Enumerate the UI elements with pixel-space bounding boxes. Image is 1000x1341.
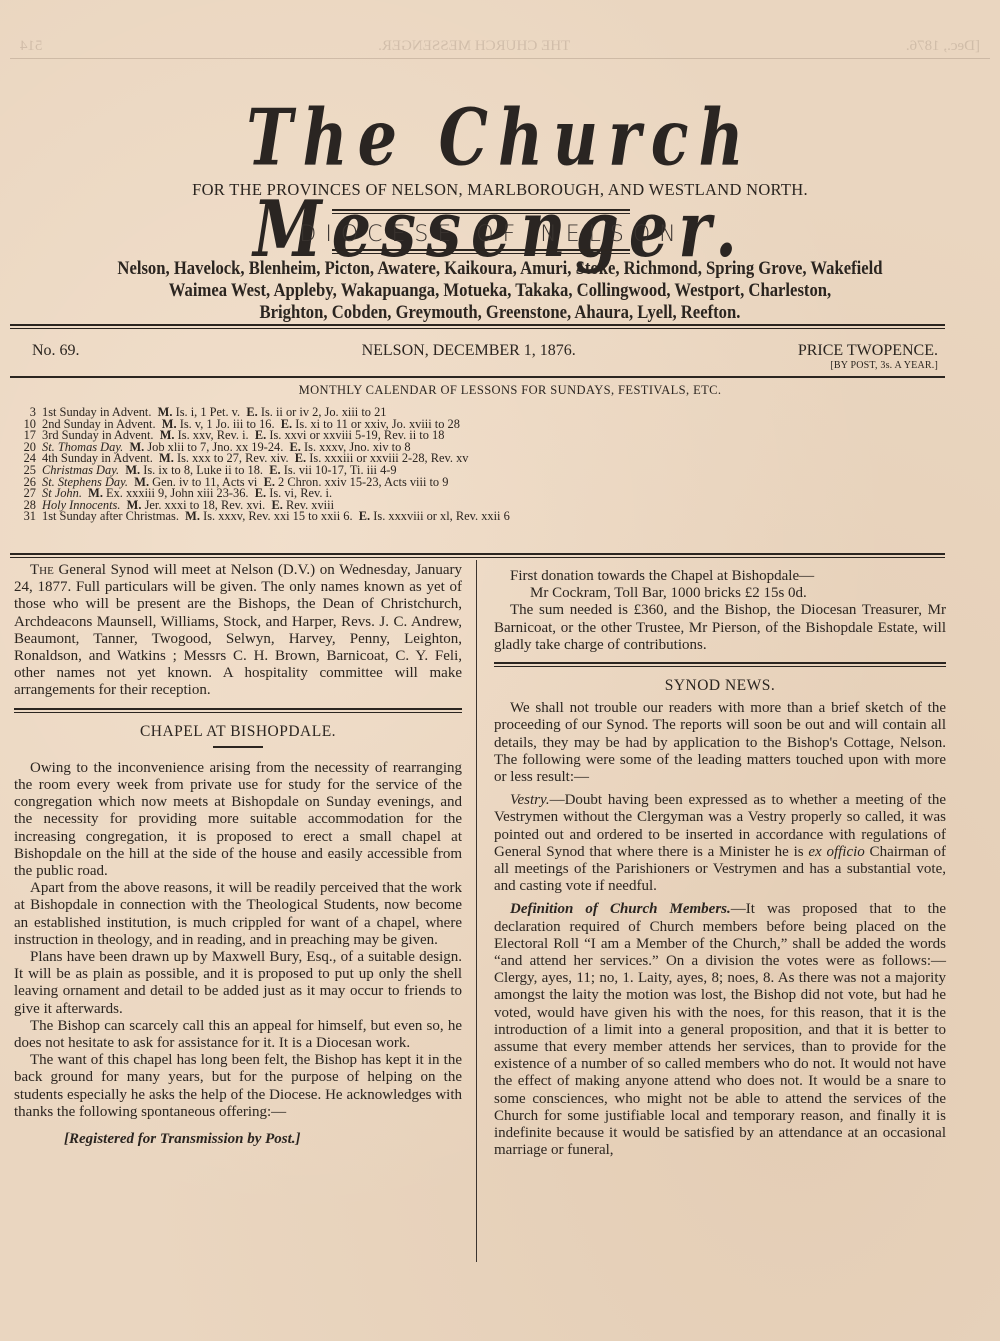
show-through-header: [Dec., 1876. THE CHURCH MESSENGER. 514 bbox=[0, 38, 1000, 55]
e-label: E. bbox=[359, 509, 370, 523]
price-block: PRICE TWOPENCE. [BY POST, 3s. A YEAR.] bbox=[798, 342, 938, 371]
definition-paragraph: Definition of Church Members.—It was pro… bbox=[494, 901, 946, 1159]
header-rule bbox=[10, 324, 945, 329]
places-line: Waimea West, Appleby, Wakapuanga, Motuek… bbox=[50, 280, 950, 302]
issue-info: No. 69. NELSON, DECEMBER 1, 1876. PRICE … bbox=[32, 342, 938, 371]
calendar-title: MONTHLY CALENDAR OF LESSONS FOR SUNDAYS,… bbox=[0, 383, 1000, 398]
chapel-paragraph: The want of this chapel has long been fe… bbox=[14, 1052, 462, 1121]
calendar-row: 311st Sunday after Christmas. M. Is. xxx… bbox=[18, 511, 938, 523]
dateline: NELSON, DECEMBER 1, 1876. bbox=[362, 342, 576, 371]
chapel-paragraph: Apart from the above reasons, it will be… bbox=[14, 880, 462, 949]
diocese-rule-bottom bbox=[332, 249, 630, 254]
cal-evening: Is. xxxviii or xl, Rev. xxii 6 bbox=[373, 509, 510, 523]
ghost-left: [Dec., 1876. bbox=[906, 38, 980, 55]
donation-intro: First donation towards the Chapel at Bis… bbox=[494, 568, 946, 585]
diocese-rule-top bbox=[332, 209, 630, 214]
cal-name: 1st Sunday after Christmas. bbox=[42, 509, 179, 523]
m-label: M. bbox=[185, 509, 200, 523]
cal-morning: Is. xxxv, Rev. xxi 15 to xxii 6. bbox=[203, 509, 353, 523]
ex-officio: ex officio bbox=[808, 844, 864, 860]
definition-text: —It was proposed that to the declaration… bbox=[494, 901, 946, 1158]
chapel-heading: CHAPEL AT BISHOPDALE. bbox=[14, 723, 462, 740]
places-list: Nelson, Havelock, Blenheim, Picton, Awat… bbox=[50, 258, 950, 324]
chapel-paragraph: Plans have been drawn up by Maxwell Bury… bbox=[14, 949, 462, 1018]
ghost-center: THE CHURCH MESSENGER. bbox=[378, 38, 570, 55]
ghost-right: 514 bbox=[20, 38, 43, 55]
ghost-rule bbox=[10, 58, 990, 59]
chapel-paragraph: Owing to the inconvenience arising from … bbox=[14, 760, 462, 880]
synod-notice-text: General Synod will meet at Nelson (D.V.)… bbox=[14, 562, 462, 698]
synod-notice: The General Synod will meet at Nelson (D… bbox=[14, 562, 462, 700]
provinces-line: FOR THE PROVINCES OF NELSON, MARLBOROUGH… bbox=[0, 180, 1000, 200]
diocese-title: DIOCESE OF NELSON. bbox=[0, 222, 1000, 247]
places-line: Brighton, Cobden, Greymouth, Greenstone,… bbox=[50, 302, 950, 324]
right-column: First donation towards the Chapel at Bis… bbox=[494, 568, 946, 1160]
price: PRICE TWOPENCE. bbox=[798, 342, 938, 360]
price-subscription: [BY POST, 3s. A YEAR.] bbox=[798, 360, 938, 371]
section-rule bbox=[14, 708, 462, 713]
newspaper-page: [Dec., 1876. THE CHURCH MESSENGER. 514 T… bbox=[0, 0, 1000, 1341]
cal-day: 31 bbox=[18, 511, 36, 523]
short-rule bbox=[213, 746, 263, 748]
left-column: The General Synod will meet at Nelson (D… bbox=[14, 562, 462, 1148]
calendar-table: 31st Sunday in Advent. M. Is. i, 1 Pet. … bbox=[18, 407, 938, 523]
vestry-paragraph: Vestry.—Doubt having been expressed as t… bbox=[494, 792, 946, 895]
lead-word: The bbox=[30, 562, 54, 578]
chapel-paragraph: The Bishop can scarcely call this an app… bbox=[14, 1018, 462, 1052]
donation-entry: Mr Cockram, Toll Bar, 1000 bricks £2 15s… bbox=[494, 585, 946, 602]
vestry-label: Vestry. bbox=[510, 792, 550, 808]
issue-rule bbox=[10, 376, 945, 378]
places-line: Nelson, Havelock, Blenheim, Picton, Awat… bbox=[50, 258, 950, 280]
donation-appeal: The sum needed is £360, and the Bishop, … bbox=[494, 602, 946, 654]
synod-news-intro: We shall not trouble our readers with mo… bbox=[494, 700, 946, 786]
calendar-rule bbox=[10, 553, 945, 558]
section-rule bbox=[494, 662, 946, 667]
definition-label: Definition of Church Members. bbox=[510, 901, 731, 917]
synod-news-heading: SYNOD NEWS. bbox=[494, 677, 946, 694]
column-divider bbox=[476, 560, 477, 1262]
issue-number: No. 69. bbox=[32, 342, 80, 371]
registered-notice: [Registered for Transmission by Post.] bbox=[14, 1131, 462, 1148]
